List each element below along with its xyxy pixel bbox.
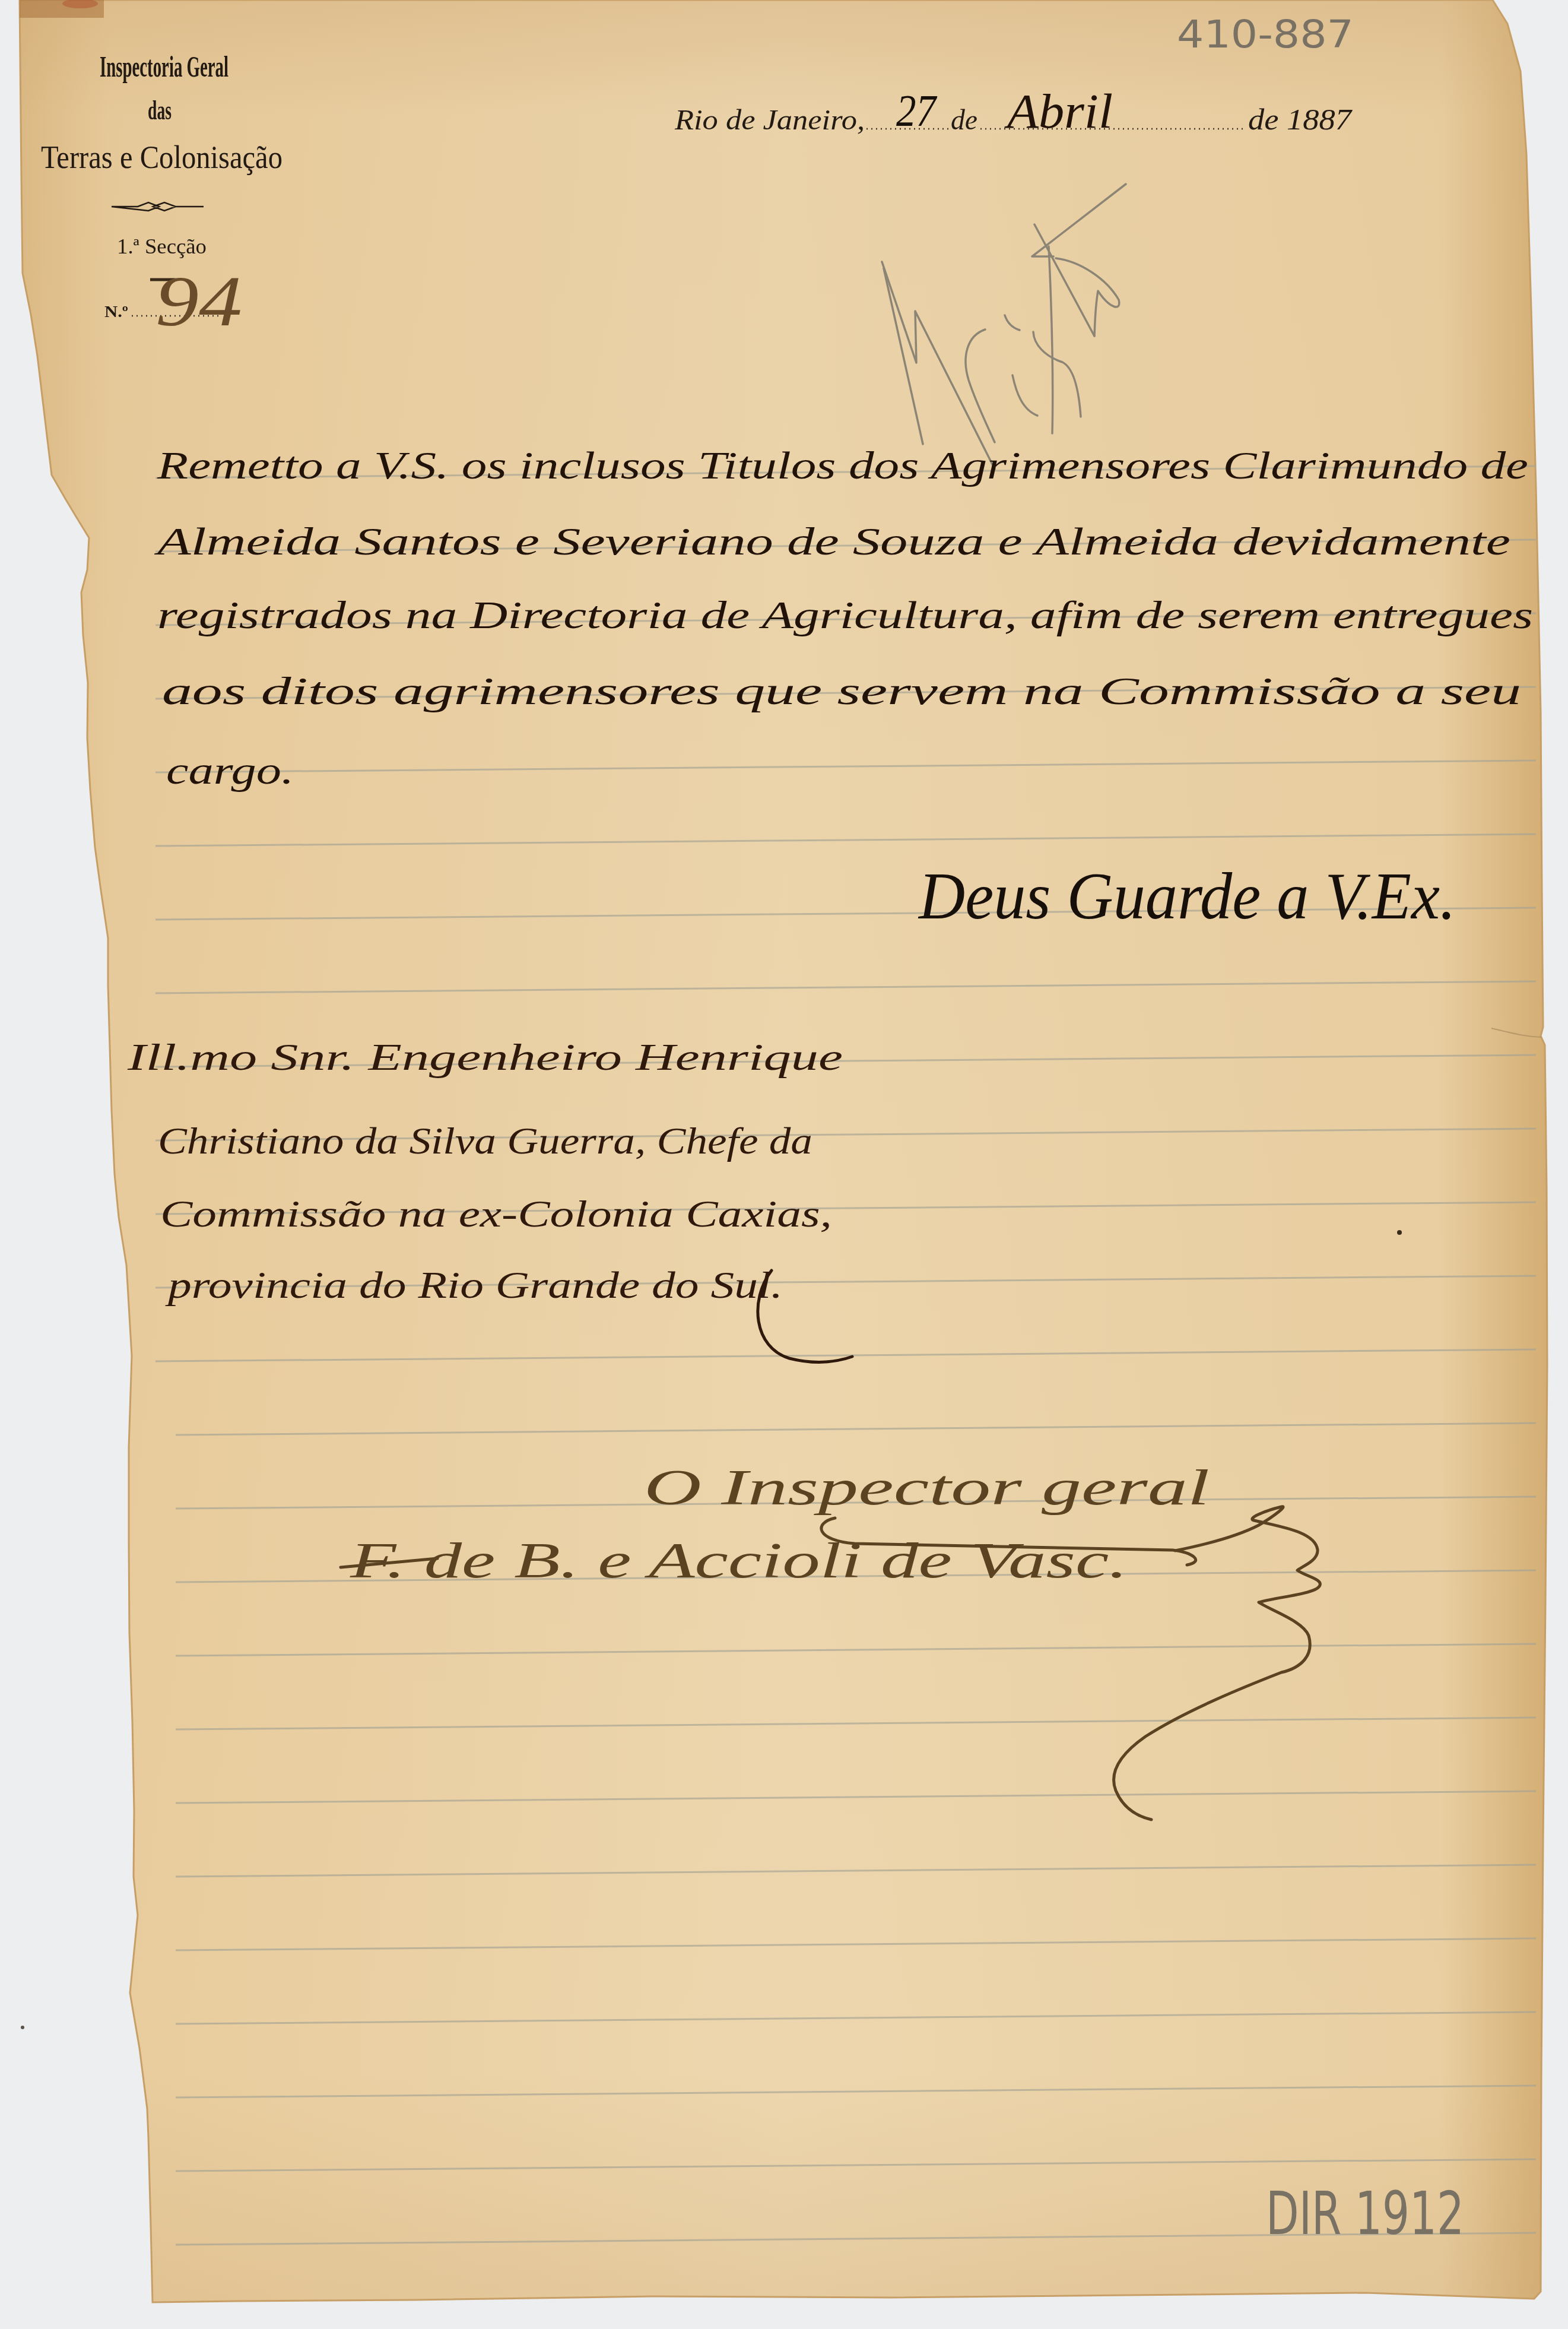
body-line: cargo.: [166, 749, 294, 793]
letterhead-department: Terras e Colonisação: [41, 140, 283, 175]
dateline-year: de 1887: [1248, 103, 1353, 136]
dateline-connector: de: [951, 104, 977, 136]
dateline-day: 27: [896, 86, 938, 136]
addressee-line: Ill.mo Snr. Engenheiro Henrique: [127, 1036, 843, 1078]
dateline-month: Abril: [1004, 84, 1113, 138]
body-line: Almeida Santos e Severiano de Souza e Al…: [154, 520, 1510, 563]
document-scan: Inspectoria Geral das Terras e Colonisaç…: [0, 0, 1568, 2329]
number-label: N.º: [104, 303, 128, 321]
paper-speck: [1397, 1230, 1402, 1235]
archive-mark-top: 410-887: [1177, 13, 1354, 57]
body-line: Remetto a V.S. os inclusos Titulos dos A…: [157, 444, 1528, 487]
background-speck: [21, 2026, 24, 2029]
number-value: 94: [155, 262, 242, 341]
body-line: aos ditos agrimensores que servem na Com…: [162, 670, 1521, 713]
letterhead-institution: Inspectoria Geral: [100, 50, 228, 83]
letterhead-section: 1.ª Secção: [117, 235, 207, 258]
archive-mark-bottom: DIR 1912: [1266, 2179, 1464, 2248]
dateline-place: Rio de Janeiro,: [674, 104, 865, 136]
signatory-name: F. de B. e Accioli de Vasc.: [349, 1533, 1128, 1589]
addressee-line: Christiano da Silva Guerra, Chefe da: [158, 1120, 812, 1162]
closing-salutation: Deus Guarde a V.Ex.: [918, 860, 1456, 933]
signatory-title: O Inspector geral: [644, 1460, 1210, 1516]
body-line: registrados na Directoria de Agricultura…: [157, 594, 1533, 637]
addressee-line: Commissão na ex-Colonia Caxias,: [160, 1193, 832, 1235]
addressee-line: provincia do Rio Grande do Sul.: [165, 1264, 783, 1306]
letterhead-connector: das: [148, 95, 172, 125]
